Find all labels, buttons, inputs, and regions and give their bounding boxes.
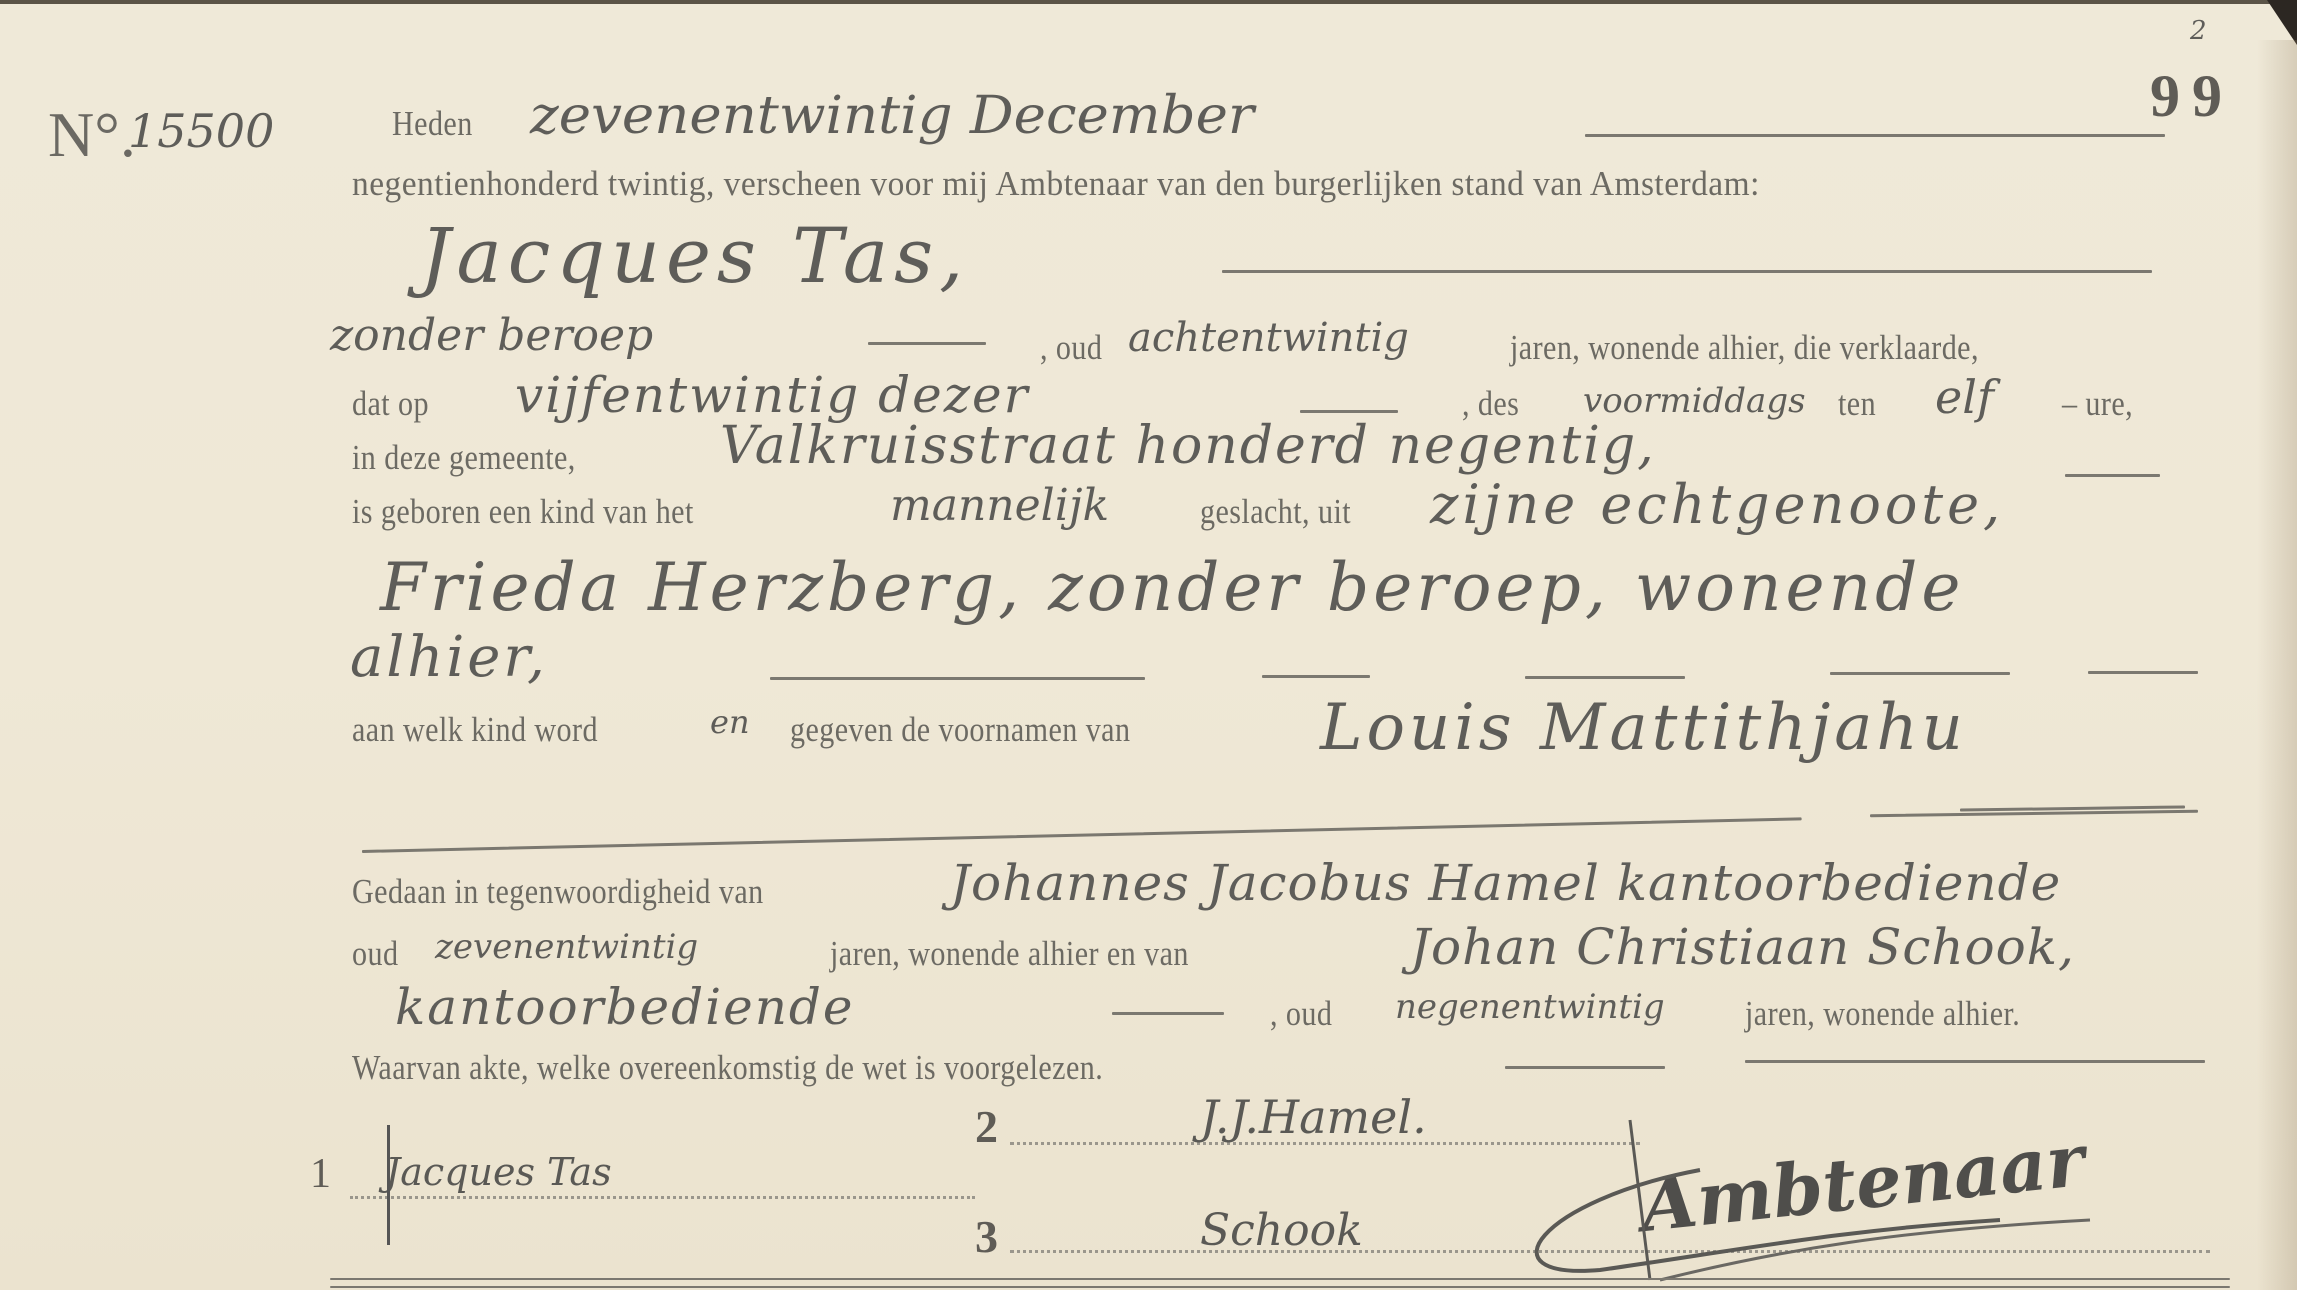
text-geslacht: geslacht, uit (1200, 494, 1351, 529)
signature-1-line (350, 1196, 975, 1199)
bottom-rule (330, 1278, 2230, 1280)
text-dat-op: dat op (352, 386, 429, 421)
hand-witness1: Johannes Jacobus Hamel kantoorbediende (950, 858, 2061, 908)
signature-1: Jacques Tas (385, 1150, 612, 1194)
text-gemeente: in deze gemeente, (352, 440, 576, 475)
official-signature-flourish (1480, 1110, 2180, 1290)
text-intro: negentienhonderd twintig, verscheen voor… (352, 166, 1760, 201)
signature-stroke (387, 1125, 390, 1245)
text-heden: Heden (392, 106, 473, 141)
fill-line (1525, 676, 1685, 679)
signature-3-label: 3 (975, 1210, 998, 1263)
hand-mother-name: Frieda Herzberg, zonder beroep, wonende (380, 555, 1964, 621)
fill-line (2088, 671, 2198, 674)
text-jaren: jaren, wonende alhier, die verklaarde, (1510, 330, 1979, 365)
fill-line (1830, 672, 2010, 675)
record-number-label: N°. (48, 98, 136, 172)
section-divider (1870, 810, 2198, 818)
hand-witness2-age: negenentwintig (1395, 990, 1665, 1024)
text-geboren: is geboren een kind van het (352, 494, 694, 529)
record-number: 15500 (128, 108, 274, 154)
fill-line (1112, 1012, 1224, 1015)
hand-witness1-age: zevenentwintig (435, 930, 698, 964)
text-wonende-alhier: jaren, wonende alhier. (1745, 996, 2020, 1031)
fill-line (1300, 410, 1398, 413)
text-aan-welk-kind: aan welk kind word (352, 712, 598, 747)
corner-mark: 2 (2190, 18, 2207, 44)
hand-birth-date: vijfentwintig dezer (515, 370, 1030, 420)
hand-child-name: Louis Mattithjahu (1320, 696, 1967, 760)
signature-2-label: 2 (975, 1100, 998, 1153)
hand-spouse-label: zijne echtgenoote, (1430, 478, 2004, 532)
signature-2: J.J.Hamel. (1200, 1090, 1427, 1144)
text-ure: – ure, (2062, 386, 2133, 421)
fill-line (2065, 474, 2160, 477)
fill-line (1505, 1066, 1665, 1069)
fill-line (770, 677, 1145, 680)
text-ten: ten (1838, 386, 1876, 421)
fill-line (1262, 675, 1370, 678)
fill-line (868, 342, 986, 345)
text-voornamen: gegeven de voornamen van (790, 712, 1130, 747)
text-waarvan-akte: Waarvan akte, welke overeenkomstig de we… (352, 1050, 1103, 1085)
fill-line (1585, 134, 2165, 137)
hand-en: en (710, 706, 750, 738)
page-binding-shadow (2257, 40, 2297, 1290)
page-top-edge (0, 0, 2297, 4)
text-oud-witness2: , oud (1270, 996, 1332, 1031)
hand-date: zevenentwintig December (530, 90, 1254, 142)
text-oud-witness1: oud (352, 936, 398, 971)
hand-sex: mannelijk (890, 484, 1109, 528)
hand-father-age: achtentwintig (1128, 318, 1409, 358)
text-gedaan: Gedaan in tegenwoordigheid van (352, 874, 764, 909)
signature-3: Schook (1200, 1205, 1363, 1256)
bottom-rule (330, 1286, 2230, 1288)
text-oud: , oud (1040, 330, 1102, 365)
hand-father-name: Jacques Tas, (420, 218, 969, 294)
section-divider (362, 817, 1802, 853)
page-corner-fold (2267, 0, 2297, 45)
hand-witness2-occupation: kantoorbediende (395, 982, 855, 1032)
hand-mother-residence: alhier, (350, 630, 548, 686)
signature-1-label: 1 (310, 1150, 331, 1198)
fill-line (1222, 270, 2152, 273)
hand-hour: elf (1935, 374, 1994, 420)
hand-witness2: Johan Christiaan Schook, (1410, 922, 2075, 972)
hand-father-occupation: zonder beroep (330, 314, 653, 358)
hand-address: Valkruisstraat honderd negentig, (720, 420, 1656, 472)
fill-line (1745, 1060, 2205, 1063)
hand-time-of-day: voormiddags (1583, 384, 1806, 418)
page-number: 99 (2150, 62, 2234, 131)
text-wonende-en-van: jaren, wonende alhier en van (830, 936, 1189, 971)
document-page: N°. 15500 99 2 Heden zevenentwintig Dece… (0, 0, 2297, 1290)
